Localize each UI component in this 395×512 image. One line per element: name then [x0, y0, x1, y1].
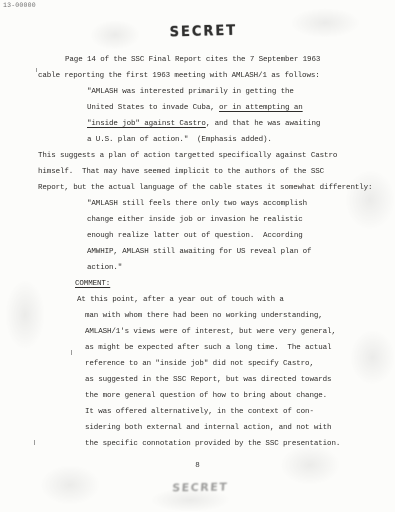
text-line: Report, but the actual language of the c…: [38, 180, 395, 196]
text-line: man with whom there had been no working …: [85, 308, 395, 324]
text-line: enough realize latter out of question. A…: [87, 228, 395, 244]
text-line: a U.S. plan of action." (Emphasis added)…: [87, 132, 395, 148]
page-number: 8: [0, 462, 395, 470]
text-line: "inside job" against Castro, and that he…: [87, 116, 395, 132]
secret-stamp-top: SECRET: [169, 22, 237, 41]
text-line: "AMLASH was interested primarily in gett…: [87, 84, 395, 100]
text-line: United States to invade Cuba, or in atte…: [87, 100, 395, 116]
text-line: the specific connotation provided by the…: [85, 436, 395, 452]
scan-smudge: [90, 20, 140, 50]
document-body: Page 14 of the SSC Final Report cites th…: [0, 52, 395, 452]
text-line: "AMLASH still feels there only two ways …: [87, 196, 395, 212]
text-line: as might be expected after such a long t…: [85, 340, 395, 356]
text-line: change either inside job or invasion he …: [87, 212, 395, 228]
text-line: COMMENT:: [75, 276, 395, 292]
secret-stamp-bottom: SECRET: [171, 481, 228, 495]
text-line: This suggests a plan of action targetted…: [38, 148, 395, 164]
text-line: AMWHIP, AMLASH still awaiting for US rev…: [87, 244, 395, 260]
text-line: himself. That may have seemed implicit t…: [38, 164, 395, 180]
document-number: 13-00000: [3, 2, 36, 9]
text-line: At this point, after a year out of touch…: [77, 292, 395, 308]
text-line: reference to an "inside job" did not spe…: [85, 356, 395, 372]
scan-smudge: [290, 8, 360, 38]
scan-smudge: [40, 465, 100, 505]
text-line: as suggested in the SSC Report, but was …: [85, 372, 395, 388]
text-line: Page 14 of the SSC Final Report cites th…: [65, 52, 395, 68]
scanned-document-page: { "page": { "doc_number": "13-00000", "p…: [0, 0, 395, 512]
text-line: action.": [87, 260, 395, 276]
text-line: the more general question of how to brin…: [85, 388, 395, 404]
text-line: AMLASH/1's views were of interest, but w…: [85, 324, 395, 340]
text-line: It was offered alternatively, in the con…: [85, 404, 395, 420]
text-line: cable reporting the first 1963 meeting w…: [38, 68, 395, 84]
text-line: sidering both external and internal acti…: [85, 420, 395, 436]
